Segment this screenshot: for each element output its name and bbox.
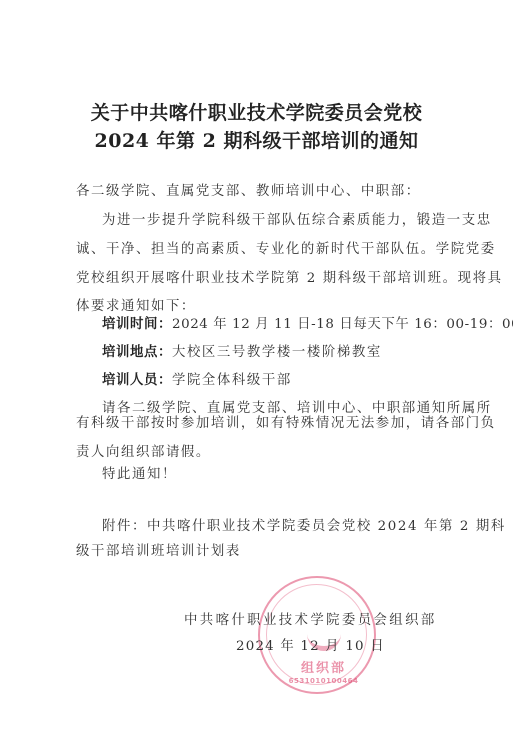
detail-time: 培训时间：2024 年 12 月 11 日-18 日每天下午 16：00-19：… <box>102 313 513 332</box>
paragraph1-line: 体要求通知如下： <box>76 295 196 314</box>
detail-value: 学院全体科级干部 <box>172 373 292 388</box>
document-title-line-2: 2024 年第 2 期科级干部培训的通知 <box>0 126 513 153</box>
detail-value: 2024 年 12 月 11 日-18 日每天下午 16：00-19：00 <box>172 317 513 332</box>
paragraph1-line: 为进一步提升学院科级干部队伍综合素质能力，锻造一支忠 <box>102 209 492 228</box>
attachment-line: 附件：中共喀什职业技术学院委员会党校 2024 年第 2 期科 <box>102 515 506 534</box>
detail-label: 培训时间： <box>102 317 172 332</box>
seal-code: 6531010100464 <box>267 677 380 685</box>
signature-date: 2024 年 12 月 10 日 <box>236 635 385 654</box>
document-page: 关于中共喀什职业技术学院委员会党校 2024 年第 2 期科级干部培训的通知 各… <box>0 0 513 732</box>
detail-value: 大校区三号教学楼一楼阶梯教室 <box>172 345 382 360</box>
paragraph2-line: 责人向组织部请假。 <box>76 441 211 460</box>
attachment-line: 级干部培训班培训计划表 <box>76 540 241 559</box>
detail-location: 培训地点：大校区三号教学楼一楼阶梯教室 <box>102 341 382 360</box>
paragraph2-line: 有科级干部按时参加培训，如有特殊情况无法参加，请各部门负 <box>76 412 496 431</box>
detail-attendees: 培训人员：学院全体科级干部 <box>102 369 292 388</box>
paragraph1-line: 诚、干净、担当的高素质、专业化的新时代干部队伍。学院党委 <box>76 238 496 257</box>
detail-label: 培训人员： <box>102 373 172 388</box>
seal-center-text: 组织部 <box>267 657 380 676</box>
closing-text: 特此通知！ <box>102 463 177 482</box>
signature-organization: 中共喀什职业技术学院委员会组织部 <box>184 609 437 628</box>
detail-label: 培训地点： <box>102 345 172 360</box>
document-title-line-1: 关于中共喀什职业技术学院委员会党校 <box>0 98 513 125</box>
salutation: 各二级学院、直属党支部、教师培训中心、中职部： <box>76 180 421 199</box>
paragraph1-line: 党校组织开展喀什职业技术学院第 2 期科级干部培训班。现将具 <box>76 267 503 286</box>
